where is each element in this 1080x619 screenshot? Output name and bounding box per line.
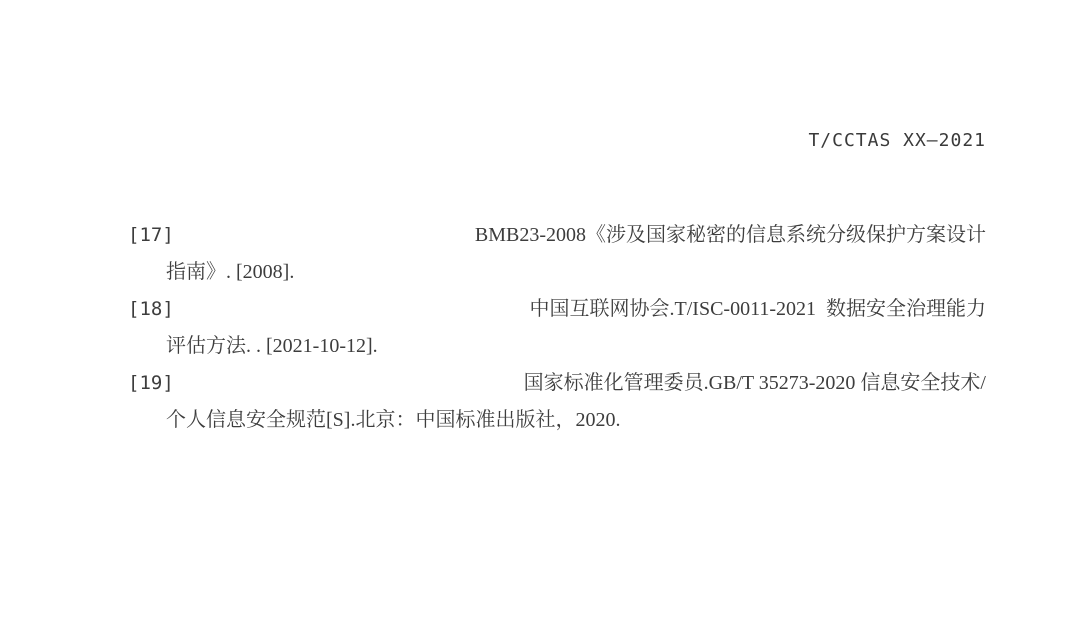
reference-citation-text: BMB23-2008《涉及国家秘密的信息系统分级保护方案设计 bbox=[475, 217, 986, 254]
reference-number: [17] bbox=[128, 217, 174, 254]
reference-entry-18: [18] 中国互联网协会.T/ISC-0011-2021 数据安全治理能力 评估… bbox=[128, 291, 986, 365]
reference-entry-17: [17] BMB23-2008《涉及国家秘密的信息系统分级保护方案设计 指南》.… bbox=[128, 217, 986, 291]
reference-first-line: [19] 国家标准化管理委员.GB/T 35273-2020 信息安全技术/ bbox=[128, 365, 986, 402]
reference-continuation-line: 指南》. [2008]. bbox=[128, 254, 986, 291]
reference-continuation-line: 个人信息安全规范[S].北京：中国标准出版社，2020. bbox=[128, 402, 986, 439]
reference-first-line: [18] 中国互联网协会.T/ISC-0011-2021 数据安全治理能力 bbox=[128, 291, 986, 328]
reference-list: [17] BMB23-2008《涉及国家秘密的信息系统分级保护方案设计 指南》.… bbox=[128, 217, 986, 439]
reference-first-line: [17] BMB23-2008《涉及国家秘密的信息系统分级保护方案设计 bbox=[128, 217, 986, 254]
reference-number: [19] bbox=[128, 365, 174, 402]
reference-citation-text: 中国互联网协会.T/ISC-0011-2021 数据安全治理能力 bbox=[530, 291, 986, 328]
reference-number: [18] bbox=[128, 291, 174, 328]
document-page: T/CCTAS XX—2021 [17] BMB23-2008《涉及国家秘密的信… bbox=[0, 0, 1080, 619]
reference-citation-text: 国家标准化管理委员.GB/T 35273-2020 信息安全技术/ bbox=[524, 365, 986, 402]
reference-continuation-line: 评估方法. . [2021-10-12]. bbox=[128, 328, 986, 365]
standard-number-header: T/CCTAS XX—2021 bbox=[808, 130, 986, 151]
reference-entry-19: [19] 国家标准化管理委员.GB/T 35273-2020 信息安全技术/ 个… bbox=[128, 365, 986, 439]
